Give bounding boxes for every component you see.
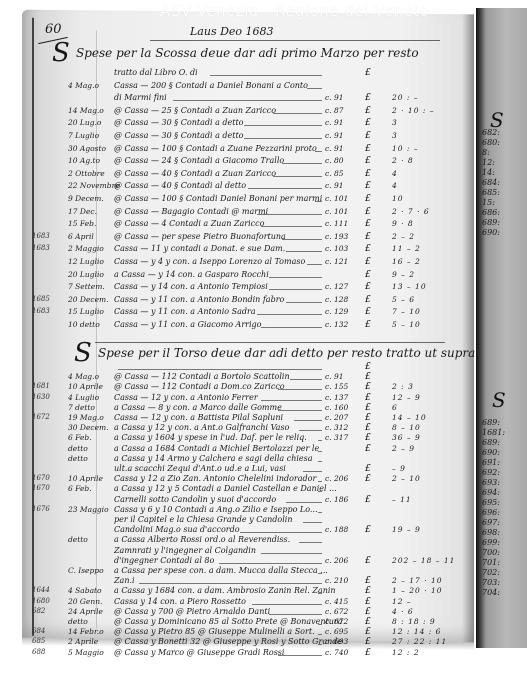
- entry-amount: 4 · 6: [392, 607, 414, 616]
- entry-description: a Cassa per spese con. a dam. Mucca dall…: [114, 566, 328, 575]
- entry-description: @ Cassa — 100 § Contadi a Zuane Pezzarin…: [114, 144, 317, 153]
- entry-description: Cassa — 11 y contadi a Donat. e sue Dam.: [114, 244, 285, 253]
- entry-leader-line: [318, 573, 322, 574]
- entry-leader-line: [278, 655, 322, 656]
- ledger-entry: 4 Mag.oCassa — 200 § Contadi a Daniel Bo…: [22, 81, 474, 93]
- entry-date: 2 Aprile: [68, 637, 98, 646]
- entry-leader-line: [282, 239, 322, 240]
- entry-amount: 27 : 22 : 11: [392, 637, 447, 646]
- entry-leader-line: [286, 502, 322, 503]
- entry-carta: c. 127: [325, 282, 348, 291]
- entry-amount: – 11: [392, 495, 412, 504]
- facing-page-ref: 693:: [482, 478, 527, 488]
- ledger-entry: 15 Feb.@ Cassa — 4 Contadi a Zuan Zaricc…: [22, 219, 474, 231]
- entry-description: @ Cassa y Marco @ Giuseppe Gradi Rossi: [114, 648, 284, 657]
- entry-amount: 5 – 10: [392, 320, 421, 329]
- entry-carta: c. 91: [325, 131, 344, 140]
- facing-page-ref: 698:: [482, 528, 527, 538]
- entry-currency-mark: £: [365, 181, 371, 191]
- entry-description: @ Cassa — 112 Contadi a Dom.co Zaricco: [114, 382, 285, 391]
- entry-carta: c. 206: [325, 556, 348, 565]
- entry-currency-mark: £: [365, 219, 371, 229]
- entry-currency-mark: £: [365, 372, 371, 382]
- entry-description: tratto dal Libro O. di: [114, 68, 198, 77]
- entry-amount: 6: [392, 403, 398, 412]
- entry-amount: 10: [392, 194, 404, 203]
- entry-description: a Cassa y 1604 y spese in l'ud. Daf. per…: [114, 433, 307, 442]
- entry-leader-line: [118, 369, 322, 370]
- heading-rule: [150, 40, 440, 41]
- entry-date: 2 Ottobre: [68, 169, 105, 178]
- entry-leader-line: [139, 583, 322, 584]
- entry-carta: c. 129: [325, 307, 348, 316]
- entry-leader-line: [278, 389, 322, 390]
- entry-description: Zan.i: [114, 576, 135, 585]
- facing-page-initial-2: S: [492, 388, 506, 412]
- entry-description: a Cassa Alberto Rossi ord.o al Reverendi…: [114, 535, 290, 544]
- entry-description: @ Cassa y Pietro 85 @ Giuseppe Mulinelli…: [114, 627, 315, 636]
- ledger-entry: 14 Mag.o@ Cassa — 25 § Contadi a Zuan Za…: [22, 106, 474, 118]
- entry-carta: c. 672: [325, 617, 348, 626]
- entry-leader-line: [318, 461, 322, 462]
- entry-date: 10 detto: [68, 320, 100, 329]
- entry-date: 22 Novembre: [68, 181, 120, 190]
- entry-leader-line: [294, 420, 322, 421]
- ledger-entry: di Marmi finic. 91£20 : –: [22, 93, 474, 105]
- entry-currency-mark: £: [365, 617, 371, 627]
- facing-page-ref: 702:: [482, 568, 527, 578]
- facing-page-recto: S 682:680:8:12:14:684:685:15:686:689:690…: [476, 8, 527, 648]
- section-2-top-rule: [95, 342, 445, 343]
- entry-leader-line: [261, 226, 322, 227]
- entry-reference: 1670: [32, 474, 50, 482]
- entry-leader-line: [303, 522, 322, 523]
- ledger-entry: 20 Luglioa Cassa — y 14 con. a Gasparo R…: [22, 270, 474, 282]
- ledger-entry: 12 LuglioCassa — y 4 y con. a Iseppo Lor…: [22, 257, 474, 269]
- entry-description: ult.a scacchi Zequi d'Ant.o ud.e a Lui, …: [114, 464, 286, 473]
- entry-currency-mark: £: [365, 433, 371, 443]
- entry-currency-mark: £: [365, 423, 371, 433]
- entry-carta: c. 91: [325, 118, 344, 127]
- entry-amount: 12 – 9: [392, 393, 421, 402]
- facing-page-ref: 684:: [482, 178, 527, 188]
- facing-page-ref: 704:: [482, 588, 527, 598]
- entry-amount: 36 – 9: [392, 433, 421, 442]
- entry-currency-mark: £: [365, 474, 371, 484]
- entry-leader-line: [318, 491, 322, 492]
- facing-page-ref: 685:: [482, 188, 527, 198]
- entry-reference: 1672: [32, 413, 50, 421]
- entry-leader-line: [315, 151, 322, 152]
- entry-amount: 12 : 2: [392, 648, 420, 657]
- entry-currency-mark: £: [365, 194, 371, 204]
- ledger-entry: 22 Novembre@ Cassa — 40 § Contadi al det…: [22, 181, 474, 193]
- facing-page-ref: 691:: [482, 458, 527, 468]
- entry-currency-mark: £: [365, 362, 371, 372]
- entry-currency-mark: £: [365, 131, 371, 141]
- entry-amount: 8 : 18 : 9: [392, 617, 436, 626]
- facing-page-ref: 8:: [482, 148, 527, 158]
- entry-amount: 2 · 7 · 6: [392, 207, 430, 216]
- entry-description: @ Cassa — 100 § Contadi Daniel Bonani pe…: [114, 194, 322, 203]
- entry-description: Cassa — 12 y con. a Battista Pilal Saplu…: [114, 413, 283, 422]
- entry-currency-mark: £: [365, 393, 371, 403]
- entry-leader-line: [282, 163, 322, 164]
- entry-leader-line: [261, 400, 322, 401]
- entry-description: @ Cassa — 112 Contadi a Bortolo Scattoli…: [114, 372, 290, 381]
- entry-description: di Marmi fini: [114, 93, 167, 102]
- entry-description: @ Cassa — 25 § Contadi a Zuan Zaricco: [114, 106, 276, 115]
- entry-carta: c. 128: [325, 295, 348, 304]
- entry-amount: 9 – 2: [392, 270, 415, 279]
- entry-leader-line: [240, 532, 322, 533]
- entry-leader-line: [315, 201, 322, 202]
- entry-description: Candolini Mag.o sua d'accordo: [114, 525, 240, 534]
- entry-currency-mark: £: [365, 597, 371, 607]
- entry-description: a Cassa a 1684 Contadi a Michiel Bertola…: [114, 444, 319, 453]
- entry-carta: c. 207: [325, 413, 348, 422]
- entry-description: @ Cassa — 40 § Contadi al detto: [114, 181, 246, 190]
- entry-leader-line: [219, 563, 322, 564]
- entry-carta: c. 101: [325, 194, 348, 203]
- entry-currency-mark: £: [365, 403, 371, 413]
- entry-amount: 2 – 2: [392, 232, 415, 241]
- entry-date: 10 Aprile: [68, 382, 103, 391]
- entry-amount: 20 : –: [392, 93, 419, 102]
- scanned-ledger-image: S 682:680:8:12:14:684:685:15:686:689:690…: [0, 0, 527, 700]
- entry-carta: c. 91: [325, 181, 344, 190]
- entry-amount: 8 – 10: [392, 423, 421, 432]
- entry-leader-line: [318, 440, 322, 441]
- entry-leader-line: [303, 471, 322, 472]
- entry-leader-line: [244, 125, 322, 126]
- entry-leader-line: [299, 542, 322, 543]
- entry-description: Cassa — 200 § Contadi a Daniel Bonani a …: [114, 81, 308, 90]
- ledger-entry: 10 dettoCassa — y 11 con. a Giacomo Arri…: [22, 320, 474, 332]
- entry-carta: c. 695: [325, 627, 348, 636]
- entry-carta: c. 87: [325, 106, 344, 115]
- entry-leader-line: [210, 75, 322, 76]
- entry-currency-mark: £: [365, 270, 371, 280]
- entry-carta: c. 193: [325, 232, 348, 241]
- entry-currency-mark: £: [365, 464, 371, 474]
- entry-currency-mark: £: [365, 257, 371, 267]
- entry-description: Cassa y 12 a Zio Zan. Antonio Chelelini …: [114, 474, 316, 483]
- entry-description: Cassa y 6 y 10 Contadi a Ang.o Zilio e I…: [114, 505, 318, 514]
- entry-leader-line: [257, 214, 322, 215]
- entry-description: @ Cassa — 30 § Contadi a detto: [114, 118, 243, 127]
- entry-currency-mark: £: [365, 444, 371, 454]
- entry-leader-line: [252, 604, 322, 605]
- entry-carta: c. 210: [325, 576, 348, 585]
- entry-description: Cassa — y 11 con. a Antonio Bondin fabro: [114, 295, 284, 304]
- entry-date: detto: [68, 444, 88, 453]
- entry-leader-line: [299, 430, 322, 431]
- entry-description: per il Capitel e la Chiesa Grande y Cand…: [114, 515, 292, 524]
- entry-date: detto: [68, 535, 88, 544]
- entry-carta: c. 672: [325, 607, 348, 616]
- entry-description: a Cassa y 1684 con. a dam. Ambrosio Zani…: [114, 586, 336, 595]
- entry-date: 6 Feb.: [68, 484, 92, 493]
- entry-amount: 5 – 6: [392, 295, 415, 304]
- entry-date: C. Iseppo: [68, 566, 104, 575]
- ledger-entry: 17 Dec.@ Cassa — Bagagio Contadi @ marmi…: [22, 207, 474, 219]
- entry-date: 4 Mag.o: [68, 81, 99, 90]
- entry-amount: 12 : 14 : 6: [392, 627, 441, 636]
- entry-amount: 4: [392, 169, 398, 178]
- entry-carta: c. 85: [325, 169, 344, 178]
- facing-page-lower-refs: 689:1681:689:690:691:692:693:694:695:696…: [482, 418, 527, 598]
- entry-reference: 1676: [32, 505, 50, 513]
- archive-watermark: ASV Venezia - Regione del Veneto: [160, 2, 429, 20]
- entry-currency-mark: £: [365, 68, 371, 78]
- entry-description: @ Cassa y Bonetti 32 @ Giuseppe y Rosi y…: [114, 637, 342, 646]
- entry-amount: 7 – 10: [392, 307, 421, 316]
- entry-leader-line: [269, 277, 322, 278]
- entry-carta: c. 137: [325, 393, 348, 402]
- entry-leader-line: [318, 481, 322, 482]
- entry-reference: 1630: [32, 393, 50, 401]
- entry-leader-line: [286, 302, 322, 303]
- entry-leader-line: [269, 614, 322, 615]
- entry-leader-line: [318, 451, 322, 452]
- entry-amount: 202 – 18 – 11: [392, 556, 455, 565]
- entry-date: detto: [68, 617, 88, 626]
- entry-currency-mark: £: [365, 244, 371, 254]
- entry-leader-line: [286, 251, 322, 252]
- entry-leader-line: [318, 634, 322, 635]
- entry-leader-line: [278, 410, 322, 411]
- entry-carta: c. 415: [325, 597, 348, 606]
- facing-page-ref: 699:: [482, 538, 527, 548]
- ledger-entry: 16832 MaggioCassa — 11 y contadi a Donat…: [22, 244, 474, 256]
- entry-date: 23 Maggio: [68, 505, 109, 514]
- entry-amount: 10 : –: [392, 144, 419, 153]
- entry-date: 6 April: [68, 232, 94, 241]
- ledger-entry: 168315 LuglioCassa — y 11 con. a Antonio…: [22, 307, 474, 319]
- facing-page-ref: 696:: [482, 508, 527, 518]
- ledger-entry: 168520 Decem.Cassa — y 11 con. a Antonio…: [22, 295, 474, 307]
- entry-carta: c. 111: [325, 219, 348, 228]
- entry-description: @ Cassa — 30 § Contadi a detto: [114, 131, 243, 140]
- entry-leader-line: [318, 593, 322, 594]
- entry-reference: 1683: [32, 307, 50, 315]
- section-2-heading: Spese per il Torso deue dar adi detto pe…: [98, 346, 475, 360]
- entry-date: 9 Decem.: [68, 194, 104, 203]
- entry-currency-mark: £: [365, 637, 371, 647]
- entry-date: 24 Aprile: [68, 607, 103, 616]
- entry-date: 15 Luglio: [68, 307, 104, 316]
- entry-amount: 2 : 3: [392, 382, 414, 391]
- facing-page-ref: 689:: [482, 418, 527, 428]
- entry-date: 4 Luglio: [68, 393, 99, 402]
- entry-carta: c. 91: [325, 144, 344, 153]
- entry-description: a Cassa y 14 Armo y Calchera e sagi dell…: [114, 454, 313, 463]
- entry-leader-line: [307, 264, 322, 265]
- entry-currency-mark: £: [365, 169, 371, 179]
- facing-page-ref: 689:: [482, 438, 527, 448]
- entry-amount: 19 – 9: [392, 525, 421, 534]
- entry-reference: 1683: [32, 232, 50, 240]
- entry-carta: c. 91: [325, 93, 344, 102]
- entry-date: 4 Sabato: [68, 586, 102, 595]
- entry-date: 4 Mag.o: [68, 372, 99, 381]
- entry-currency-mark: £: [365, 144, 371, 154]
- entry-amount: 14 – 10: [392, 413, 427, 422]
- facing-page-ref: 694:: [482, 488, 527, 498]
- entry-currency-mark: £: [365, 156, 371, 166]
- entry-reference: 685: [32, 637, 45, 645]
- entry-leader-line: [273, 113, 322, 114]
- facing-page-ref: 701:: [482, 558, 527, 568]
- facing-page-ref: 690:: [482, 448, 527, 458]
- ledger-entry: 7 Settem.Cassa — y 14 con. a Antonio Tem…: [22, 282, 474, 294]
- entry-carta: c. 132: [325, 320, 348, 329]
- ledger-entry: 30 Agosto@ Cassa — 100 § Contadi a Zuane…: [22, 144, 474, 156]
- entry-amount: 3: [392, 131, 398, 140]
- entry-currency-mark: £: [365, 320, 371, 330]
- facing-page-ref: 680:: [482, 138, 527, 148]
- entry-description: Carnelli sotto Candolin y suoi d'accordo: [114, 495, 276, 504]
- entry-reference: 688: [32, 648, 45, 656]
- entry-carta: c. 155: [325, 382, 348, 391]
- entry-amount: 2 – 10: [392, 474, 421, 483]
- entry-amount: 2 · 10 : –: [392, 106, 435, 115]
- facing-page-ref: 690:: [482, 228, 527, 238]
- entry-date: 20 Genn.: [68, 597, 102, 606]
- entry-currency-mark: £: [365, 382, 371, 392]
- entry-carta: c. 91: [325, 372, 344, 381]
- entry-currency-mark: £: [365, 207, 371, 217]
- entry-carta: c. 160: [325, 403, 348, 412]
- entry-amount: 2 – 17 · 10: [392, 576, 443, 585]
- entry-date: 17 Dec.: [68, 207, 97, 216]
- facing-page-ref: 692:: [482, 468, 527, 478]
- ledger-entry: 16836 April@ Cassa — per spese Pietro Bu…: [22, 232, 474, 244]
- entry-reference: 1644: [32, 586, 50, 594]
- entry-carta: c. 103: [325, 244, 348, 253]
- entry-date: 14 Febr.o: [68, 627, 104, 636]
- entry-description: a Cassa — y 14 con. a Gasparo Rocchi: [114, 270, 269, 279]
- entry-date: 10 Aprile: [68, 474, 103, 483]
- entry-date: 15 Feb.: [68, 219, 96, 228]
- entry-leader-line: [173, 100, 322, 101]
- entry-date: 7 Luglio: [68, 131, 99, 140]
- facing-page-ref: 12:: [482, 158, 527, 168]
- entry-leader-line: [290, 379, 322, 380]
- ledger-entry: 2 Ottobre@ Cassa — 40 § Contadi a Zuan Z…: [22, 169, 474, 181]
- entry-reference: 1670: [32, 484, 50, 492]
- entry-description: Cassa — 12 y con. a Antonio Ferrer: [114, 393, 258, 402]
- entry-description: Cassa — y 11 con. a Antonio Sadra: [114, 307, 256, 316]
- entry-amount: 4: [392, 181, 398, 190]
- entry-date: 30 Agosto: [68, 144, 106, 153]
- entry-description: Cassa y 14 con. a Piero Rossetto: [114, 597, 246, 606]
- entry-carta: c. 80: [325, 156, 344, 165]
- entry-currency-mark: £: [365, 576, 371, 586]
- entry-carta: c. 312: [325, 423, 348, 432]
- entry-carta: c. 188: [325, 525, 348, 534]
- entry-currency-mark: £: [365, 282, 371, 292]
- entry-description: @ Cassa — Bagagio Contadi @ marmi: [114, 207, 268, 216]
- entry-description: Cassa — y 11 con. a Giacomo Arrigo: [114, 320, 261, 329]
- entry-date: 20 Decem.: [68, 295, 109, 304]
- entry-reference: 684: [32, 627, 45, 635]
- entry-reference: 1683: [32, 244, 50, 252]
- entry-currency-mark: £: [365, 93, 371, 103]
- entry-description: d'ingegner Contadi al 8o: [114, 556, 214, 565]
- section-1-heading: Spese per la Scossa deue dar adi primo M…: [76, 46, 419, 60]
- entry-amount: 12 –: [392, 597, 412, 606]
- entry-amount: 9 · 8: [392, 219, 414, 228]
- entry-amount: 1 – 20 · 10: [392, 586, 443, 595]
- entry-leader-line: [261, 553, 322, 554]
- entry-description: @ Cassa y 700 @ Pietro Arnaldo Danti: [114, 607, 270, 616]
- facing-page-ref: 689:: [482, 218, 527, 228]
- entry-reference: 1680: [32, 597, 50, 605]
- facing-page-ref: 686:: [482, 208, 527, 218]
- entry-leader-line: [257, 314, 322, 315]
- entry-carta: c. 186: [325, 495, 348, 504]
- facing-page-ref: 703:: [482, 578, 527, 588]
- ledger-entry: tratto dal Libro O. di£: [22, 68, 474, 80]
- entry-currency-mark: £: [365, 586, 371, 596]
- entry-description: @ Cassa y Dominicano 85 al Sotto Prete @…: [114, 617, 343, 626]
- entry-amount: – 9: [392, 464, 406, 473]
- entry-leader-line: [318, 512, 322, 513]
- entry-date: 14 Mag.o: [68, 106, 104, 115]
- entry-date: 20 Luglio: [68, 270, 104, 279]
- entry-date: 20 Lug.o: [68, 118, 101, 127]
- entry-description: Zamnrati y l'ingegner al Colgandin: [114, 546, 256, 555]
- entry-carta: c. 317: [325, 433, 348, 442]
- entry-currency-mark: £: [365, 648, 371, 658]
- entry-carta: c. 206: [325, 474, 348, 483]
- entry-amount: 16 – 2: [392, 257, 421, 266]
- entry-amount: 3: [392, 118, 398, 127]
- entry-description: a Cassa y 12 y 5 Contadi a Daniel Castel…: [114, 484, 337, 493]
- entry-reference: 1685: [32, 295, 50, 303]
- entry-date: 2 Maggio: [68, 244, 104, 253]
- entry-currency-mark: £: [365, 556, 371, 566]
- entry-currency-mark: £: [365, 295, 371, 305]
- entry-amount: 2 · 8: [392, 156, 414, 165]
- ledger-entry: 9 Decem.@ Cassa — 100 § Contadi Daniel B…: [22, 194, 474, 206]
- facing-page-upper-refs: 682:680:8:12:14:684:685:15:686:689:690:: [482, 128, 527, 238]
- entry-date: detto: [68, 454, 88, 463]
- entry-leader-line: [318, 624, 322, 625]
- facing-page-ref: 15:: [482, 198, 527, 208]
- entry-currency-mark: £: [365, 106, 371, 116]
- entry-description: @ Cassa — per spese Pietro Buonafortuna: [114, 232, 286, 241]
- ledger-entry: 6885 Maggio@ Cassa y Marco @ Giuseppe Gr…: [22, 648, 474, 660]
- facing-page-ref: 697:: [482, 518, 527, 528]
- entry-leader-line: [269, 289, 322, 290]
- folio-number: 60: [45, 22, 62, 37]
- entry-description: Cassa — y 4 y con. a Iseppo Lorenzo al T…: [114, 257, 305, 266]
- entry-currency-mark: £: [365, 118, 371, 128]
- entry-description: @ Cassa — 24 § Contadi a Giacomo Trallo: [114, 156, 284, 165]
- entry-description: @ Cassa — 40 § Contadi a Zuan Zaricco: [114, 169, 276, 178]
- ledger-entry: 7 Luglio@ Cassa — 30 § Contadi a dettoc.…: [22, 131, 474, 143]
- entry-date: 10 Ag.to: [68, 156, 100, 165]
- entry-leader-line: [318, 644, 322, 645]
- entry-description: Cassa — y 14 con. a Antonio Tempiosi: [114, 282, 268, 291]
- facing-page-ref: 14:: [482, 168, 527, 178]
- entry-leader-line: [273, 176, 322, 177]
- entry-date: 6 Feb.: [68, 433, 92, 442]
- entry-currency-mark: £: [365, 307, 371, 317]
